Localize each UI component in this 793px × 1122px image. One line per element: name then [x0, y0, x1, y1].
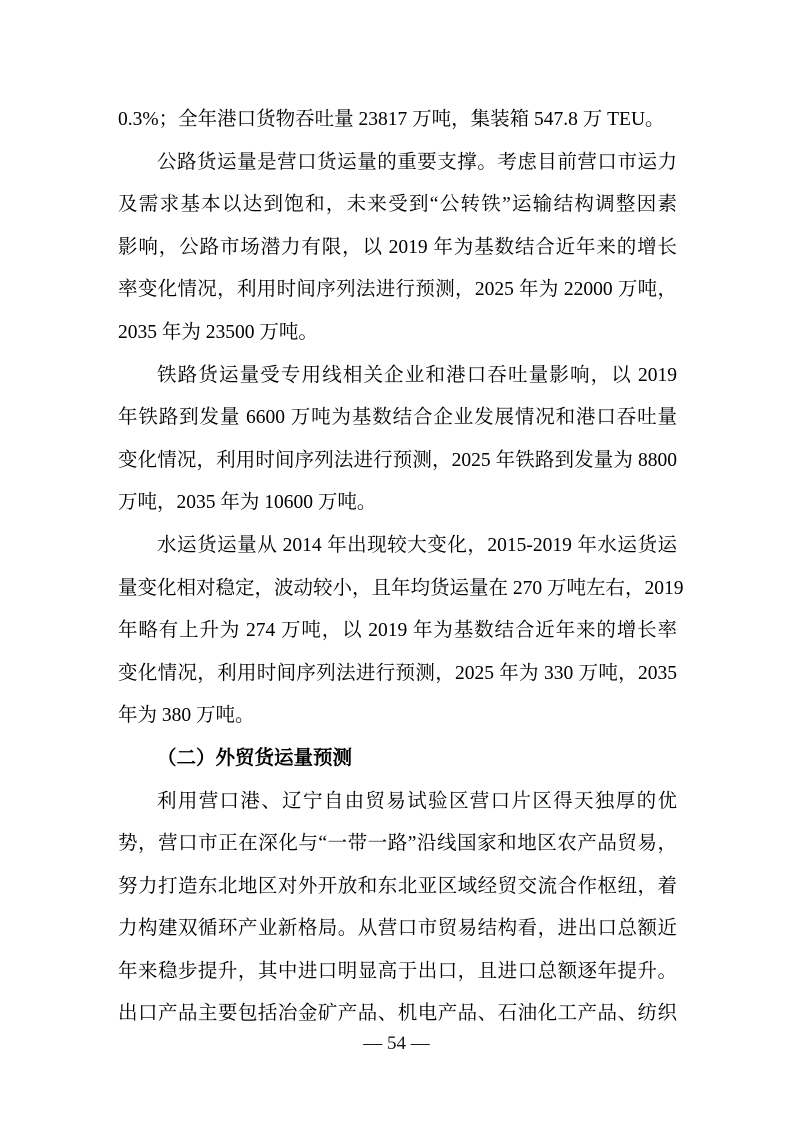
paragraph-line: 影响，公路市场潜力有限，以 2019 年为基数结合近年来的增长 — [118, 227, 677, 270]
paragraph-line: 变化情况，利用时间序列法进行预测，2025 年铁路到发量为 8800 — [118, 440, 677, 483]
paragraph-line: 2035 年为 23500 万吨。 — [118, 312, 677, 355]
document-body: 0.3%；全年港口货物吞吐量 23817 万吨，集装箱 547.8 万 TEU。… — [118, 99, 677, 1036]
paragraph-line: 万吨，2035 年为 10600 万吨。 — [118, 482, 677, 525]
paragraph-line: 量变化相对稳定，波动较小，且年均货运量在 270 万吨左右，2019 — [118, 568, 677, 611]
paragraph-line: 年为 380 万吨。 — [118, 695, 677, 738]
paragraph-line: 年铁路到发量 6600 万吨为基数结合企业发展情况和港口吞吐量 — [118, 397, 677, 440]
paragraph-line: 年来稳步提升，其中进口明显高于出口，且进口总额逐年提升。 — [118, 951, 677, 994]
paragraph-line: 水运货运量从 2014 年出现较大变化，2015-2019 年水运货运 — [118, 525, 677, 568]
page-number: — 54 — — [0, 1031, 793, 1057]
paragraph-line: 年略有上升为 274 万吨，以 2019 年为基数结合近年来的增长率 — [118, 610, 677, 653]
paragraph-line: 出口产品主要包括冶金矿产品、机电产品、石油化工产品、纺织 — [118, 993, 677, 1036]
paragraph-line: 变化情况，利用时间序列法进行预测，2025 年为 330 万吨，2035 — [118, 653, 677, 696]
document-page: 0.3%；全年港口货物吞吐量 23817 万吨，集装箱 547.8 万 TEU。… — [0, 0, 793, 1122]
paragraph-line: 0.3%；全年港口货物吞吐量 23817 万吨，集装箱 547.8 万 TEU。 — [118, 99, 677, 142]
paragraph-line: 及需求基本以达到饱和，未来受到“公转铁”运输结构调整因素 — [118, 184, 677, 227]
paragraph-line: 力构建双循环产业新格局。从营口市贸易结构看，进出口总额近 — [118, 908, 677, 951]
paragraph-line: 铁路货运量受专用线相关企业和港口吞吐量影响，以 2019 — [118, 355, 677, 398]
paragraph-line: 势，营口市正在深化与“一带一路”沿线国家和地区农产品贸易， — [118, 823, 677, 866]
section-heading: （二）外贸货运量预测 — [118, 738, 677, 781]
paragraph-line: 努力打造东北地区对外开放和东北亚区域经贸交流合作枢纽，着 — [118, 866, 677, 909]
paragraph-line: 公路货运量是营口货运量的重要支撑。考虑目前营口市运力 — [118, 142, 677, 185]
paragraph-line: 利用营口港、辽宁自由贸易试验区营口片区得天独厚的优 — [118, 781, 677, 824]
paragraph-line: 率变化情况，利用时间序列法进行预测，2025 年为 22000 万吨， — [118, 269, 677, 312]
